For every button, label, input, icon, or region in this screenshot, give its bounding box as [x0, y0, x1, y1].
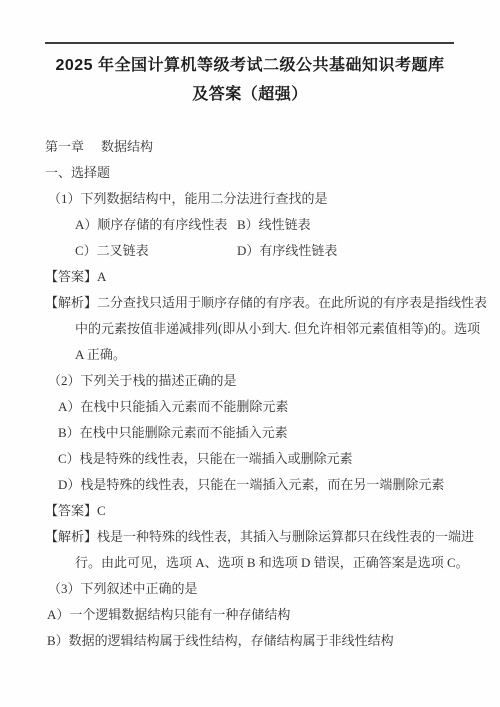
question-2-option-c: C）栈是特殊的线性表，只能在一端插入或删除元素	[0, 446, 500, 472]
analysis-label: 【解析】	[45, 529, 97, 544]
question-1-options-row1: A）顺序存储的有序线性表 B）线性链表	[0, 212, 500, 238]
question-3-stem: 下列叙述中正确的是	[81, 581, 198, 596]
document-page: 2025 年全国计算机等级考试二级公共基础知识考题库 及答案（超强） 第一章数据…	[0, 0, 500, 707]
question-1-answer-line: 【答案】A	[0, 264, 500, 290]
chapter-heading: 第一章数据结构	[0, 134, 500, 160]
question-2-analysis-line1: 【解析】栈是一种特殊的线性表，其插入与删除运算都只在线性表的一端进	[0, 524, 500, 550]
question-1-options-row2: C）二叉链表 D）有序线性链表	[0, 238, 500, 264]
question-2-analysis-line2: 行。由此可见，选项 A、选项 B 和选项 D 错误，正确答案是选项 C。	[0, 550, 500, 576]
question-1-analysis-line1: 【解析】二分查找只适用于顺序存储的有序表。在此所说的有序表是指线性表	[0, 290, 500, 316]
question-2-stem: 下列关于栈的描述正确的是	[81, 373, 237, 388]
question-1-option-d: D）有序线性链表	[237, 238, 337, 264]
question-1-analysis-text1: 二分查找只适用于顺序存储的有序表。在此所说的有序表是指线性表	[97, 295, 487, 310]
question-2-stem-line: （2）下列关于栈的描述正确的是	[0, 368, 500, 394]
section-heading: 一、选择题	[0, 160, 500, 186]
question-1-option-a: A）顺序存储的有序线性表	[75, 212, 237, 238]
document-title-line2: 及答案（超强）	[0, 80, 500, 109]
chapter-name: 数据结构	[101, 139, 153, 154]
question-2-option-b: B）在栈中只能删除元素而不能插入元素	[0, 420, 500, 446]
question-1-option-c: C）二叉链表	[75, 238, 237, 264]
document-body: 第一章数据结构 一、选择题 （1）下列数据结构中，能用二分法进行查找的是 A）顺…	[0, 134, 500, 654]
question-1-analysis-line3: A 正确。	[0, 342, 500, 368]
answer-label: 【答案】	[45, 503, 97, 518]
question-1-number: （1）	[48, 191, 81, 206]
question-2-analysis-text1: 栈是一种特殊的线性表，其插入与删除运算都只在线性表的一端进	[97, 529, 474, 544]
chapter-number: 第一章	[45, 139, 84, 154]
question-3-option-a: A）一个逻辑数据结构只能有一种存储结构	[0, 602, 500, 628]
question-1-stem-line: （1）下列数据结构中，能用二分法进行查找的是	[0, 186, 500, 212]
question-3-option-b: B）数据的逻辑结构属于线性结构，存储结构属于非线性结构	[0, 628, 500, 654]
question-1-analysis-line2: 中的元素按值非递减排列(即从小到大. 但允许相邻元素值相等)的。选项	[0, 316, 500, 342]
question-2-answer-line: 【答案】C	[0, 498, 500, 524]
document-title-line1: 2025 年全国计算机等级考试二级公共基础知识考题库	[0, 51, 500, 80]
question-2-number: （2）	[48, 373, 81, 388]
question-1-stem: 下列数据结构中，能用二分法进行查找的是	[81, 191, 328, 206]
analysis-label: 【解析】	[45, 295, 97, 310]
question-3-stem-line: （3）下列叙述中正确的是	[0, 576, 500, 602]
question-2-answer: C	[97, 503, 106, 518]
header-rule	[45, 42, 454, 44]
question-3-number: （3）	[48, 581, 81, 596]
question-1-answer: A	[97, 269, 106, 284]
document-title: 2025 年全国计算机等级考试二级公共基础知识考题库 及答案（超强）	[0, 51, 500, 109]
question-1-option-b: B）线性链表	[237, 212, 311, 238]
question-2-option-d: D）栈是特殊的线性表，只能在一端插入元素，而在另一端删除元素	[0, 472, 500, 498]
question-2-option-a: A）在栈中只能插入元素而不能删除元素	[0, 394, 500, 420]
answer-label: 【答案】	[45, 269, 97, 284]
